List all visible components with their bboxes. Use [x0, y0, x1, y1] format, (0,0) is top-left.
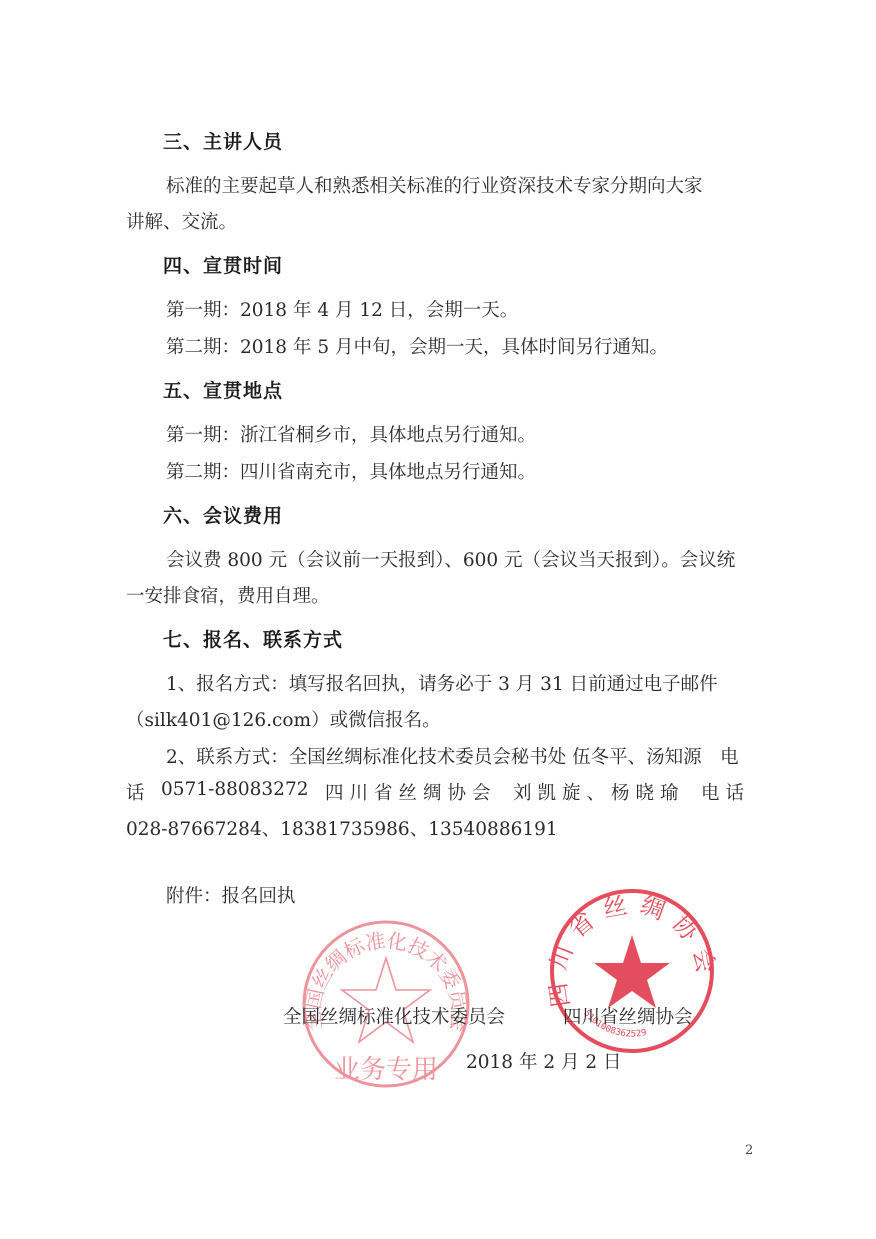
section-heading-time: 四、宣贯时间 — [163, 251, 283, 278]
signature-date: 2018 年 2 月 2 日 — [466, 1048, 622, 1074]
page-number: 2 — [745, 1143, 753, 1158]
time-item-1: 第一期：2018 年 4 月 12 日，会期一天。 — [166, 296, 518, 322]
document-page: 三、主讲人员 标准的主要起草人和熟悉相关标准的行业资深技术专家分期向大家 讲解、… — [0, 0, 876, 1239]
contact-line3: 028-87667284、18381735986、13540886191 — [126, 815, 558, 841]
speakers-paragraph-line1: 标准的主要起草人和熟悉相关标准的行业资深技术专家分期向大家 — [166, 172, 703, 198]
location-item-2: 第二期：四川省南充市，具体地点另行通知。 — [166, 458, 536, 484]
contact-label-phone-2: 电话 — [701, 779, 750, 805]
fees-paragraph-line1: 会议费 800 元（会议前一天报到）、600 元（会议当天报到）。会议统 — [166, 546, 735, 572]
section-heading-speakers: 三、主讲人员 — [163, 127, 283, 154]
attachment-note: 附件：报名回执 — [166, 882, 296, 908]
time-item-2: 第二期：2018 年 5 月中旬，会期一天，具体时间另行通知。 — [166, 333, 668, 359]
contact-line1: 2、联系方式：全国丝绸标准化技术委员会秘书处 伍冬平、汤知源 电 — [166, 743, 739, 769]
association-seal-stamp: 四川省丝绸协会 5101008362529 — [548, 887, 716, 1055]
contact-label-phone: 话 — [126, 779, 145, 805]
contact-persons-sichuan: 刘凯旋、杨晓瑜 — [513, 779, 685, 805]
section-heading-fees: 六、会议费用 — [163, 501, 283, 528]
svg-text:业务专用: 业务专用 — [334, 1055, 438, 1085]
location-item-1: 第一期：浙江省桐乡市，具体地点另行通知。 — [166, 421, 536, 447]
contact-phone-committee: 0571-88083272 — [161, 779, 309, 805]
section-heading-registration: 七、报名、联系方式 — [163, 625, 343, 652]
signature-org-association: 四川省丝绸协会 — [563, 1003, 693, 1029]
contact-org-sichuan: 四川省丝绸协会 — [325, 779, 497, 805]
fees-paragraph-line2: 一安排食宿，费用自理。 — [126, 582, 330, 608]
svg-text:四川省丝绸协会: 四川省丝绸协会 — [548, 890, 716, 1009]
speakers-paragraph-line2: 讲解、交流。 — [126, 208, 237, 234]
contact-line2: 话 0571-88083272 四川省丝绸协会 刘凯旋、杨晓瑜 电话 — [126, 779, 750, 805]
registration-method-line1: 1、报名方式：填写报名回执，请务必于 3 月 31 日前通过电子邮件 — [166, 670, 718, 696]
registration-method-line2: （silk401@126.com）或微信报名。 — [126, 706, 441, 732]
signature-org-committee: 全国丝绸标准化技术委员会 — [283, 1003, 505, 1029]
section-heading-location: 五、宣贯地点 — [163, 376, 283, 403]
